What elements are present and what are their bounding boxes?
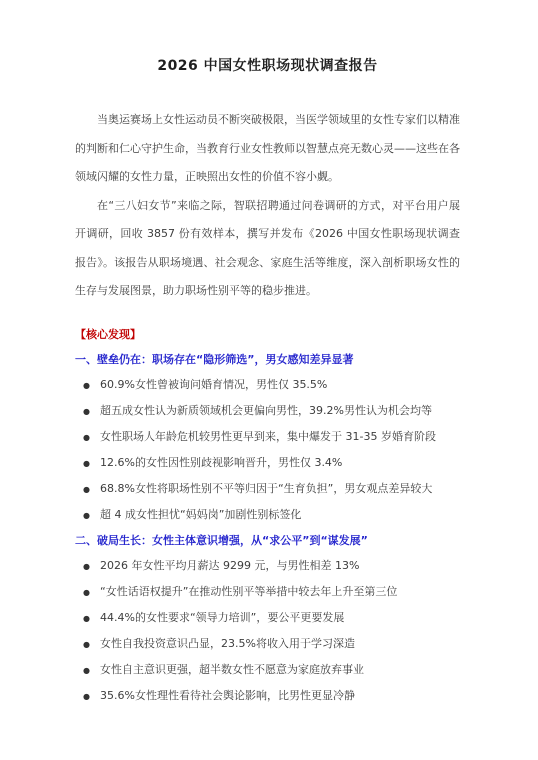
- bullet-text: “女性话语权提升”在推动性别平等举措中较去年上升至第三位: [100, 579, 460, 604]
- bullet-list-1: ● 60.9%女性曾被询问婚育情况，男性仅 35.5% ● 超五成女性认为新质领…: [75, 372, 460, 528]
- list-item: ● 女性自主意识更强，超半数女性不愿意为家庭放弃事业: [75, 657, 460, 683]
- list-item: ● 女性职场人年龄危机较男性更早到来，集中爆发于 31-35 岁婚育阶段: [75, 424, 460, 450]
- intro-paragraph-2: 在“三八妇女节”来临之际，智联招聘通过问卷调研的方式，对平台用户展开调研，回收 …: [75, 192, 460, 306]
- bullet-icon: ●: [83, 399, 100, 424]
- section-1: 一、壁垒仍在：职场存在“隐形筛选”，男女感知差异显著 ● 60.9%女性曾被询问…: [75, 347, 460, 528]
- bullet-icon: ●: [83, 554, 100, 579]
- bullet-text: 超五成女性认为新质领域机会更偏向男性，39.2%男性认为机会均等: [100, 398, 460, 423]
- bullet-icon: ●: [83, 606, 100, 631]
- document-page: 2026 中国女性职场现状调查报告 当奥运赛场上女性运动员不断突破极限，当医学领…: [0, 0, 538, 760]
- bullet-list-2: ● 2026 年女性平均月薪达 9299 元，与男性相差 13% ● “女性话语…: [75, 553, 460, 709]
- list-item: ● 35.6%女性理性看待社会舆论影响，比男性更显冷静: [75, 683, 460, 709]
- list-item: ● 68.8%女性将职场性别不平等归因于“生育负担”，男女观点差异较大: [75, 476, 460, 502]
- bullet-icon: ●: [83, 632, 100, 657]
- bullet-text: 女性自我投资意识凸显，23.5%将收入用于学习深造: [100, 631, 460, 656]
- list-item: ● 超五成女性认为新质领域机会更偏向男性，39.2%男性认为机会均等: [75, 398, 460, 424]
- bullet-text: 女性自主意识更强，超半数女性不愿意为家庭放弃事业: [100, 657, 460, 682]
- bullet-text: 女性职场人年龄危机较男性更早到来，集中爆发于 31-35 岁婚育阶段: [100, 424, 460, 449]
- intro-paragraph-1: 当奥运赛场上女性运动员不断突破极限，当医学领域里的女性专家们以精准的判断和仁心守…: [75, 106, 460, 192]
- list-item: ● 2026 年女性平均月薪达 9299 元，与男性相差 13%: [75, 553, 460, 579]
- list-item: ● 女性自我投资意识凸显，23.5%将收入用于学习深造: [75, 631, 460, 657]
- page-title: 2026 中国女性职场现状调查报告: [75, 56, 460, 76]
- list-item: ● 60.9%女性曾被询问婚育情况，男性仅 35.5%: [75, 372, 460, 398]
- list-item: ● “女性话语权提升”在推动性别平等举措中较去年上升至第三位: [75, 579, 460, 605]
- bullet-text: 2026 年女性平均月薪达 9299 元，与男性相差 13%: [100, 553, 460, 578]
- bullet-icon: ●: [83, 477, 100, 502]
- bullet-text: 60.9%女性曾被询问婚育情况，男性仅 35.5%: [100, 372, 460, 397]
- bullet-icon: ●: [83, 451, 100, 476]
- section-2-heading: 二、破局生长：女性主体意识增强，从“求公平”到“谋发展”: [75, 528, 460, 553]
- bullet-icon: ●: [83, 658, 100, 683]
- bullet-text: 35.6%女性理性看待社会舆论影响，比男性更显冷静: [100, 683, 460, 708]
- core-findings-label: 【核心发现】: [75, 322, 460, 347]
- list-item: ● 12.6%的女性因性别歧视影响晋升，男性仅 3.4%: [75, 450, 460, 476]
- bullet-text: 68.8%女性将职场性别不平等归因于“生育负担”，男女观点差异较大: [100, 476, 460, 501]
- list-item: ● 超 4 成女性担忧“妈妈岗”加剧性别标签化: [75, 502, 460, 528]
- bullet-icon: ●: [83, 580, 100, 605]
- bullet-text: 12.6%的女性因性别歧视影响晋升，男性仅 3.4%: [100, 450, 460, 475]
- section-2: 二、破局生长：女性主体意识增强，从“求公平”到“谋发展” ● 2026 年女性平…: [75, 528, 460, 709]
- bullet-icon: ●: [83, 373, 100, 398]
- bullet-text: 44.4%的女性要求“领导力培训”，要公平更要发展: [100, 605, 460, 630]
- bullet-text: 超 4 成女性担忧“妈妈岗”加剧性别标签化: [100, 502, 460, 527]
- bullet-icon: ●: [83, 503, 100, 528]
- bullet-icon: ●: [83, 684, 100, 709]
- bullet-icon: ●: [83, 425, 100, 450]
- list-item: ● 44.4%的女性要求“领导力培训”，要公平更要发展: [75, 605, 460, 631]
- section-1-heading: 一、壁垒仍在：职场存在“隐形筛选”，男女感知差异显著: [75, 347, 460, 372]
